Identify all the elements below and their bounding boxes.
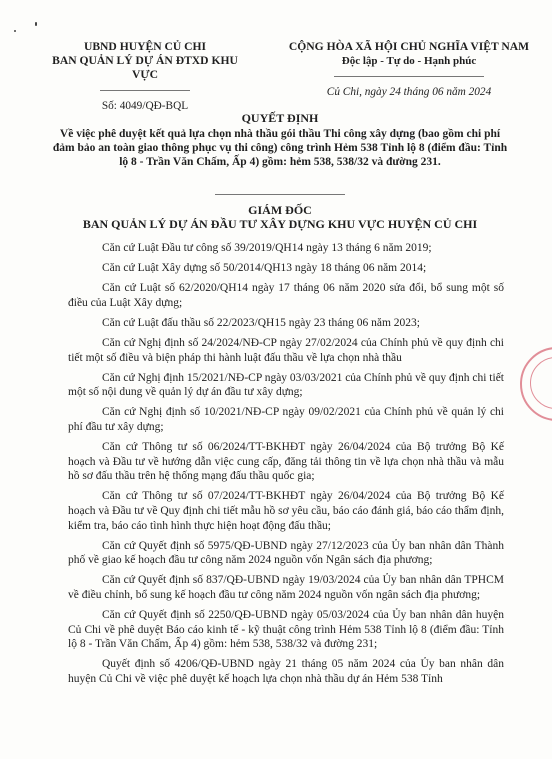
signatory-title: GIÁM ĐỐC bbox=[40, 203, 520, 217]
signatory-organization: BAN QUẢN LÝ DỰ ÁN ĐẦU TƯ XÂY DỰNG KHU VỰ… bbox=[40, 217, 520, 231]
signatory-heading: GIÁM ĐỐC BAN QUẢN LÝ DỰ ÁN ĐẦU TƯ XÂY DỰ… bbox=[40, 203, 520, 231]
legal-basis-paragraph: Căn cứ Nghị định 15/2021/NĐ-CP ngày 03/0… bbox=[68, 371, 504, 400]
document-header: UBND HUYỆN CỦ CHI BAN QUẢN LÝ DỰ ÁN ĐTXD… bbox=[0, 40, 552, 110]
national-title: CỘNG HÒA XÃ HỘI CHỦ NGHĨA VIỆT NAM bbox=[268, 40, 550, 54]
agency-parent: UBND HUYỆN CỦ CHI bbox=[50, 40, 240, 54]
legal-basis-paragraph: Căn cứ Luật Xây dựng số 50/2014/QH13 ngà… bbox=[68, 261, 504, 276]
legal-basis-paragraph: Quyết định số 4206/QĐ-UBND ngày 21 tháng… bbox=[68, 657, 504, 686]
legal-basis-paragraph: Căn cứ Luật đấu thầu số 22/2023/QH15 ngà… bbox=[68, 316, 504, 331]
legal-basis-paragraph: Căn cứ Nghị định số 10/2021/NĐ-CP ngày 0… bbox=[68, 405, 504, 434]
scan-speck bbox=[14, 30, 16, 32]
legal-basis-paragraph: Căn cứ Quyết định số 2250/QĐ-UBND ngày 0… bbox=[68, 608, 504, 652]
legal-basis-paragraph: Căn cứ Thông tư số 07/2024/TT-BKHĐT ngày… bbox=[68, 489, 504, 533]
document-body: Căn cứ Luật Đầu tư công số 39/2019/QH14 … bbox=[68, 241, 504, 692]
national-motto: Độc lập - Tự do - Hạnh phúc bbox=[268, 54, 550, 68]
divider bbox=[100, 90, 190, 91]
document-subject: Về việc phê duyệt kết quả lựa chọn nhà t… bbox=[48, 127, 512, 169]
legal-basis-paragraph: Căn cứ Quyết định số 5975/QĐ-UBND ngày 2… bbox=[68, 539, 504, 568]
document-date: Củ Chi, ngày 24 tháng 06 năm 2024 bbox=[268, 85, 550, 99]
legal-basis-paragraph: Căn cứ Luật Đầu tư công số 39/2019/QH14 … bbox=[68, 241, 504, 256]
scan-speck bbox=[35, 22, 37, 26]
legal-basis-paragraph: Căn cứ Nghị định số 24/2024/NĐ-CP ngày 2… bbox=[68, 336, 504, 365]
document-title: QUYẾT ĐỊNH bbox=[40, 111, 520, 126]
legal-basis-paragraph: Căn cứ Thông tư số 06/2024/TT-BKHĐT ngày… bbox=[68, 440, 504, 484]
divider bbox=[334, 76, 484, 77]
legal-basis-paragraph: Căn cứ Quyết định số 837/QĐ-UBND ngày 19… bbox=[68, 573, 504, 602]
divider bbox=[215, 194, 345, 195]
national-header-block: CỘNG HÒA XÃ HỘI CHỦ NGHĨA VIỆT NAM Độc l… bbox=[268, 40, 550, 99]
issuing-agency-block: UBND HUYỆN CỦ CHI BAN QUẢN LÝ DỰ ÁN ĐTXD… bbox=[50, 40, 240, 113]
agency-name: BAN QUẢN LÝ DỰ ÁN ĐTXD KHU VỰC bbox=[50, 54, 240, 82]
red-seal-stamp bbox=[520, 347, 552, 421]
legal-basis-paragraph: Căn cứ Luật số 62/2020/QH14 ngày 17 thán… bbox=[68, 281, 504, 310]
